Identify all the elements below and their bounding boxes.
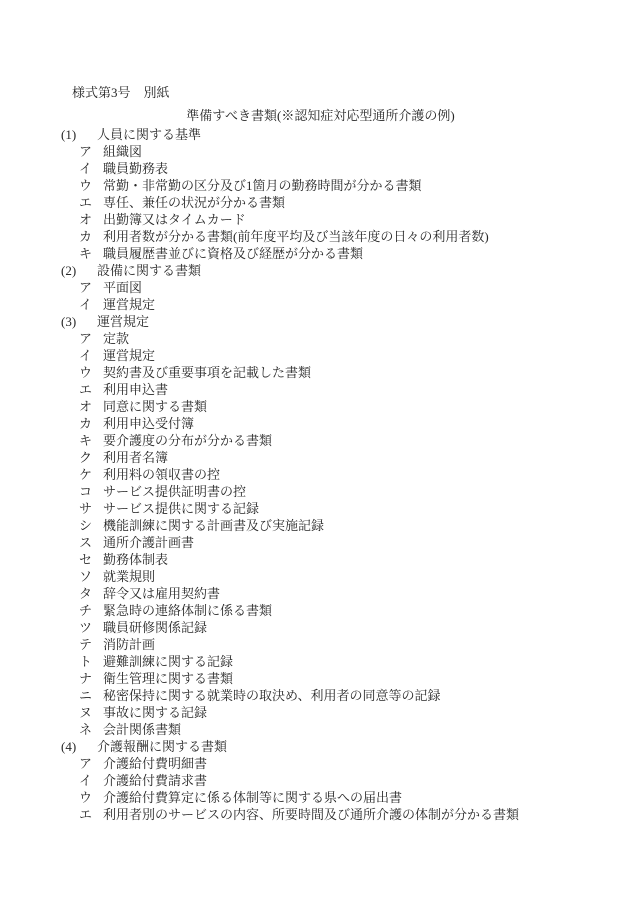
list-item: セ勤務体制表 <box>61 551 580 568</box>
item-text: 利用者別のサービスの内容、所要時間及び通所介護の体制が分かる書類 <box>103 806 580 823</box>
list-item: タ辞令又は雇用契約書 <box>61 585 580 602</box>
item-label: ナ <box>79 670 103 687</box>
item-label: ウ <box>79 789 103 806</box>
item-text: サービス提供に関する記録 <box>103 500 580 517</box>
item-label: ニ <box>79 687 103 704</box>
item-label: キ <box>79 245 103 262</box>
list-item: ウ介護給付費算定に係る体制等に関する県への届出書 <box>61 789 580 806</box>
list-item: ヌ事故に関する記録 <box>61 704 580 721</box>
item-text: 辞令又は雇用契約書 <box>103 585 580 602</box>
list-item: イ運営規定 <box>61 347 580 364</box>
item-label: ケ <box>79 466 103 483</box>
list-item: カ利用申込受付簿 <box>61 415 580 432</box>
section-number: (1) <box>61 126 97 143</box>
list-item: ウ常勤・非常勤の区分及び1箇月の勤務時間が分かる書類 <box>61 177 580 194</box>
section-number: (2) <box>61 262 97 279</box>
item-label: ア <box>79 279 103 296</box>
item-text: 組織図 <box>103 143 580 160</box>
list-item: シ機能訓練に関する計画書及び実施記録 <box>61 517 580 534</box>
item-label: チ <box>79 602 103 619</box>
section-title: 運営規定 <box>97 313 580 330</box>
list-item: ア定款 <box>61 330 580 347</box>
item-label: ア <box>79 755 103 772</box>
list-item: エ利用申込書 <box>61 381 580 398</box>
item-label: セ <box>79 551 103 568</box>
list-item: ニ秘密保持に関する就業時の取決め、利用者の同意等の記録 <box>61 687 580 704</box>
item-label: ソ <box>79 568 103 585</box>
item-text: 利用者数が分かる書類(前年度平均及び当該年度の日々の利用者数) <box>103 228 580 245</box>
item-label: イ <box>79 772 103 789</box>
item-text: 職員勤務表 <box>103 160 580 177</box>
list-item: オ出勤簿又はタイムカード <box>61 211 580 228</box>
section: (4)介護報酬に関する書類ア介護給付費明細書イ介護給付費請求書ウ介護給付費算定に… <box>61 738 580 823</box>
item-text: 職員履歴書並びに資格及び経歴が分かる書類 <box>103 245 580 262</box>
list-item: ア平面図 <box>61 279 580 296</box>
section-title: 介護報酬に関する書類 <box>97 738 580 755</box>
item-text: 専任、兼任の状況が分かる書類 <box>103 194 580 211</box>
item-label: ツ <box>79 619 103 636</box>
list-item: コサービス提供証明書の控 <box>61 483 580 500</box>
item-label: カ <box>79 228 103 245</box>
item-text: 職員研修関係記録 <box>103 619 580 636</box>
list-item: ネ会計関係書類 <box>61 721 580 738</box>
section-number: (4) <box>61 738 97 755</box>
list-item: ア組織図 <box>61 143 580 160</box>
section: (3)運営規定ア定款イ運営規定ウ契約書及び重要事項を記載した書類エ利用申込書オ同… <box>61 313 580 738</box>
list-item: ナ衛生管理に関する書類 <box>61 670 580 687</box>
item-text: 出勤簿又はタイムカード <box>103 211 580 228</box>
item-text: 要介護度の分布が分かる書類 <box>103 432 580 449</box>
item-label: ク <box>79 449 103 466</box>
list-item: ス通所介護計画書 <box>61 534 580 551</box>
item-label: エ <box>79 806 103 823</box>
section-heading: (3)運営規定 <box>61 313 580 330</box>
item-text: 運営規定 <box>103 296 580 313</box>
item-label: エ <box>79 194 103 211</box>
list-item: イ運営規定 <box>61 296 580 313</box>
item-label: エ <box>79 381 103 398</box>
list-item: ケ利用料の領収書の控 <box>61 466 580 483</box>
item-label: カ <box>79 415 103 432</box>
list-item: カ利用者数が分かる書類(前年度平均及び当該年度の日々の利用者数) <box>61 228 580 245</box>
item-label: ウ <box>79 364 103 381</box>
list-item: チ緊急時の連絡体制に係る書類 <box>61 602 580 619</box>
item-label: キ <box>79 432 103 449</box>
document-page: 様式第3号 別紙 準備すべき書類(※認知症対応型通所介護の例) (1)人員に関す… <box>0 0 630 915</box>
item-label: ウ <box>79 177 103 194</box>
item-label: シ <box>79 517 103 534</box>
list-item: オ同意に関する書類 <box>61 398 580 415</box>
item-label: テ <box>79 636 103 653</box>
list-item: ササービス提供に関する記録 <box>61 500 580 517</box>
item-text: 利用者名簿 <box>103 449 580 466</box>
item-text: 秘密保持に関する就業時の取決め、利用者の同意等の記録 <box>103 687 580 704</box>
list-item: イ職員勤務表 <box>61 160 580 177</box>
list-item: ト避難訓練に関する記録 <box>61 653 580 670</box>
item-label: ス <box>79 534 103 551</box>
item-text: 機能訓練に関する計画書及び実施記録 <box>103 517 580 534</box>
section-heading: (4)介護報酬に関する書類 <box>61 738 580 755</box>
list-item: キ要介護度の分布が分かる書類 <box>61 432 580 449</box>
list-item: ツ職員研修関係記録 <box>61 619 580 636</box>
item-text: 介護給付費明細書 <box>103 755 580 772</box>
item-text: 消防計画 <box>103 636 580 653</box>
section: (2)設備に関する書類ア平面図イ運営規定 <box>61 262 580 313</box>
section-number: (3) <box>61 313 97 330</box>
list-item: キ職員履歴書並びに資格及び経歴が分かる書類 <box>61 245 580 262</box>
item-text: 介護給付費算定に係る体制等に関する県への届出書 <box>103 789 580 806</box>
section-heading: (2)設備に関する書類 <box>61 262 580 279</box>
item-text: 平面図 <box>103 279 580 296</box>
list-item: テ消防計画 <box>61 636 580 653</box>
list-item: エ利用者別のサービスの内容、所要時間及び通所介護の体制が分かる書類 <box>61 806 580 823</box>
item-text: 避難訓練に関する記録 <box>103 653 580 670</box>
list-item: エ専任、兼任の状況が分かる書類 <box>61 194 580 211</box>
item-text: 就業規則 <box>103 568 580 585</box>
item-text: 緊急時の連絡体制に係る書類 <box>103 602 580 619</box>
section: (1)人員に関する基準ア組織図イ職員勤務表ウ常勤・非常勤の区分及び1箇月の勤務時… <box>61 126 580 262</box>
item-text: 利用申込書 <box>103 381 580 398</box>
item-text: 勤務体制表 <box>103 551 580 568</box>
item-label: オ <box>79 211 103 228</box>
item-text: 介護給付費請求書 <box>103 772 580 789</box>
item-label: ネ <box>79 721 103 738</box>
item-text: サービス提供証明書の控 <box>103 483 580 500</box>
item-label: イ <box>79 296 103 313</box>
item-text: 利用料の領収書の控 <box>103 466 580 483</box>
item-label: ヌ <box>79 704 103 721</box>
item-text: 定款 <box>103 330 580 347</box>
item-text: 事故に関する記録 <box>103 704 580 721</box>
item-text: 通所介護計画書 <box>103 534 580 551</box>
list-item: ウ契約書及び重要事項を記載した書類 <box>61 364 580 381</box>
list-item: ア介護給付費明細書 <box>61 755 580 772</box>
item-text: 衛生管理に関する書類 <box>103 670 580 687</box>
item-label: オ <box>79 398 103 415</box>
item-label: イ <box>79 160 103 177</box>
item-label: イ <box>79 347 103 364</box>
item-label: タ <box>79 585 103 602</box>
item-text: 運営規定 <box>103 347 580 364</box>
section-heading: (1)人員に関する基準 <box>61 126 580 143</box>
item-label: ア <box>79 143 103 160</box>
section-title: 設備に関する書類 <box>97 262 580 279</box>
page-title: 準備すべき書類(※認知症対応型通所介護の例) <box>61 107 580 124</box>
document-sections: (1)人員に関する基準ア組織図イ職員勤務表ウ常勤・非常勤の区分及び1箇月の勤務時… <box>61 126 580 823</box>
list-item: ソ就業規則 <box>61 568 580 585</box>
item-label: ア <box>79 330 103 347</box>
item-text: 会計関係書類 <box>103 721 580 738</box>
item-label: サ <box>79 500 103 517</box>
item-text: 契約書及び重要事項を記載した書類 <box>103 364 580 381</box>
item-text: 同意に関する書類 <box>103 398 580 415</box>
item-label: ト <box>79 653 103 670</box>
item-text: 利用申込受付簿 <box>103 415 580 432</box>
list-item: ク利用者名簿 <box>61 449 580 466</box>
list-item: イ介護給付費請求書 <box>61 772 580 789</box>
form-label: 様式第3号 別紙 <box>61 84 580 101</box>
section-title: 人員に関する基準 <box>97 126 580 143</box>
item-label: コ <box>79 483 103 500</box>
item-text: 常勤・非常勤の区分及び1箇月の勤務時間が分かる書類 <box>103 177 580 194</box>
